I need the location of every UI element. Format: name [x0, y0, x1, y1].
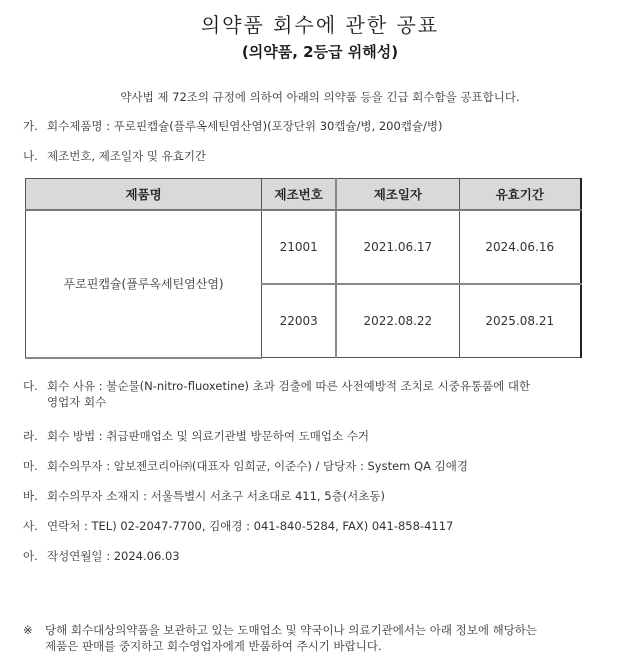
item-recall-obligor: 마.회수의무자 : 알보젠코리아㈜(대표자 임희균, 이준수) / 담당자 : … — [23, 458, 623, 474]
header-product-name: 제품명 — [26, 179, 262, 211]
item-marker: 아. — [23, 548, 47, 564]
notice-line-1: 당해 회수대상의약품을 보관하고 있는 도매업소 및 약국이나 의료기관에서는 … — [45, 623, 537, 637]
lot-number-cell: 21001 — [262, 210, 336, 284]
expiry-date-cell: 2024.06.16 — [459, 210, 581, 284]
item-text: 작성연월일 : 2024.06.03 — [47, 549, 180, 563]
item-text: 회수제품명 : 푸로핀캡슐(플루옥세틴염산염)(포장단위 30캡슐/병, 200… — [47, 119, 442, 133]
item-marker: 다. — [23, 378, 47, 394]
item-date-written: 아.작성연월일 : 2024.06.03 — [23, 548, 623, 564]
expiry-date-cell: 2025.08.21 — [459, 284, 581, 358]
item-text-continuation: 영업자 회수 — [23, 394, 623, 410]
item-text: 연락처 : TEL) 02-2047-7700, 김애경 : 041-840-5… — [47, 519, 453, 533]
table-row: 푸로핀캡슐(플루옥세틴염산염) 21001 2021.06.17 2024.06… — [26, 210, 582, 284]
item-obligor-address: 바.회수의무자 소재지 : 서울특별시 서초구 서초대로 411, 5층(서초동… — [23, 488, 623, 504]
item-text: 회수 사유 : 불순물(N-nitro-fluoxetine) 초과 검출에 따… — [47, 379, 530, 393]
lot-number-cell: 22003 — [262, 284, 336, 358]
item-text: 회수의무자 소재지 : 서울특별시 서초구 서초대로 411, 5층(서초동) — [47, 489, 385, 503]
item-text: 회수 방법 : 취급판매업소 및 의료기관별 방문하여 도매업소 수거 — [47, 429, 369, 443]
table-header-row: 제품명 제조번호 제조일자 유효기간 — [26, 179, 582, 211]
notice: ※당해 회수대상의약품을 보관하고 있는 도매업소 및 약국이나 의료기관에서는… — [23, 622, 623, 654]
item-marker: 라. — [23, 428, 47, 444]
header-manufacture-date: 제조일자 — [336, 179, 459, 211]
manufacture-date-cell: 2021.06.17 — [336, 210, 459, 284]
header-lot-number: 제조번호 — [262, 179, 336, 211]
item-marker: 가. — [23, 118, 47, 134]
item-product-name: 가.회수제품명 : 푸로핀캡슐(플루옥세틴염산염)(포장단위 30캡슐/병, 2… — [23, 118, 623, 134]
reference-mark-icon: ※ — [23, 622, 45, 638]
item-contact: 사.연락처 : TEL) 02-2047-7700, 김애경 : 041-840… — [23, 518, 623, 534]
manufacture-date-cell: 2022.08.22 — [336, 284, 459, 358]
recall-table: 제품명 제조번호 제조일자 유효기간 푸로핀캡슐(플루옥세틴염산염) 21001… — [25, 178, 582, 359]
item-text: 회수의무자 : 알보젠코리아㈜(대표자 임희균, 이준수) / 담당자 : Sy… — [47, 459, 468, 473]
item-marker: 사. — [23, 518, 47, 534]
item-marker: 바. — [23, 488, 47, 504]
item-recall-method: 라.회수 방법 : 취급판매업소 및 의료기관별 방문하여 도매업소 수거 — [23, 428, 623, 444]
item-recall-reason: 다.회수 사유 : 불순물(N-nitro-fluoxetine) 초과 검출에… — [23, 378, 623, 410]
item-text: 제조번호, 제조일자 및 유효기간 — [47, 149, 206, 163]
document-title: 의약품 회수에 관한 공표 — [0, 9, 640, 38]
intro-text: 약사법 제 72조의 규정에 의하여 아래의 의약품 등을 긴급 회수함을 공표… — [0, 89, 640, 105]
header-expiry-date: 유효기간 — [459, 179, 581, 211]
item-marker: 나. — [23, 148, 47, 164]
document-subtitle: (의약품, 2등급 위해성) — [0, 41, 640, 62]
item-marker: 마. — [23, 458, 47, 474]
item-lot-info-heading: 나.제조번호, 제조일자 및 유효기간 — [23, 148, 623, 164]
product-name-cell: 푸로핀캡슐(플루옥세틴염산염) — [26, 210, 262, 358]
notice-line-2: 제품은 판매를 중지하고 회수영업자에게 반품하여 주시기 바랍니다. — [23, 638, 623, 654]
